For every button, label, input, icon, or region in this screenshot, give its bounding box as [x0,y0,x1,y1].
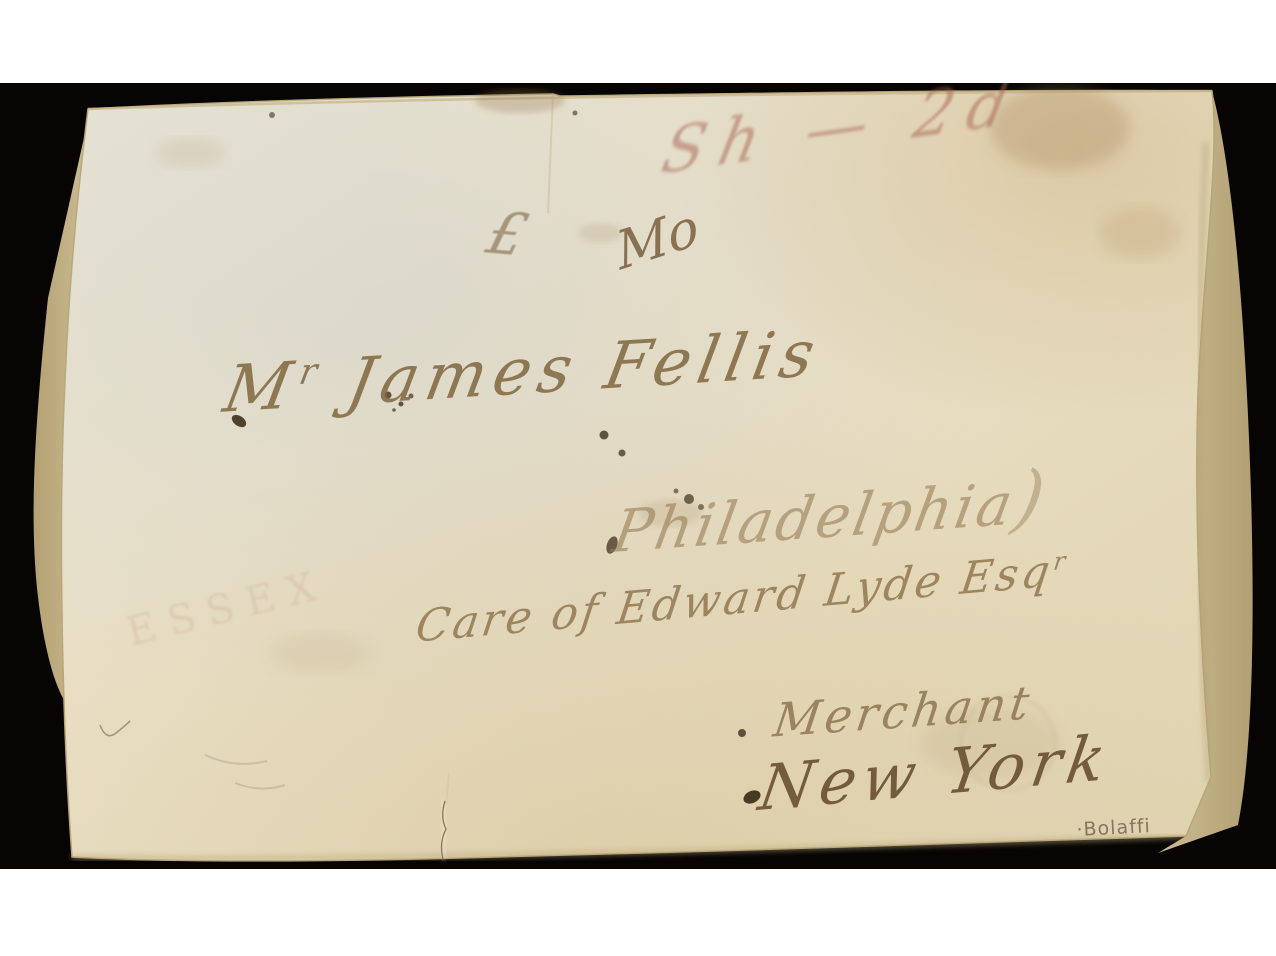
photo-page: Sh — 2d £ Mo ESSEX Mr James Fellis Phila… [0,0,1276,956]
stain-mid [578,223,622,243]
stain-top-center [475,89,565,113]
stain-top-left [155,138,225,168]
stain-lower-right [920,708,1060,778]
stain-right [1100,207,1180,259]
stain-top-right [990,86,1130,170]
stain-lower-left [270,633,370,673]
folded-letter [0,83,1276,869]
stain-center [638,499,702,527]
photo-black-background: Sh — 2d £ Mo ESSEX Mr James Fellis Phila… [0,83,1276,869]
